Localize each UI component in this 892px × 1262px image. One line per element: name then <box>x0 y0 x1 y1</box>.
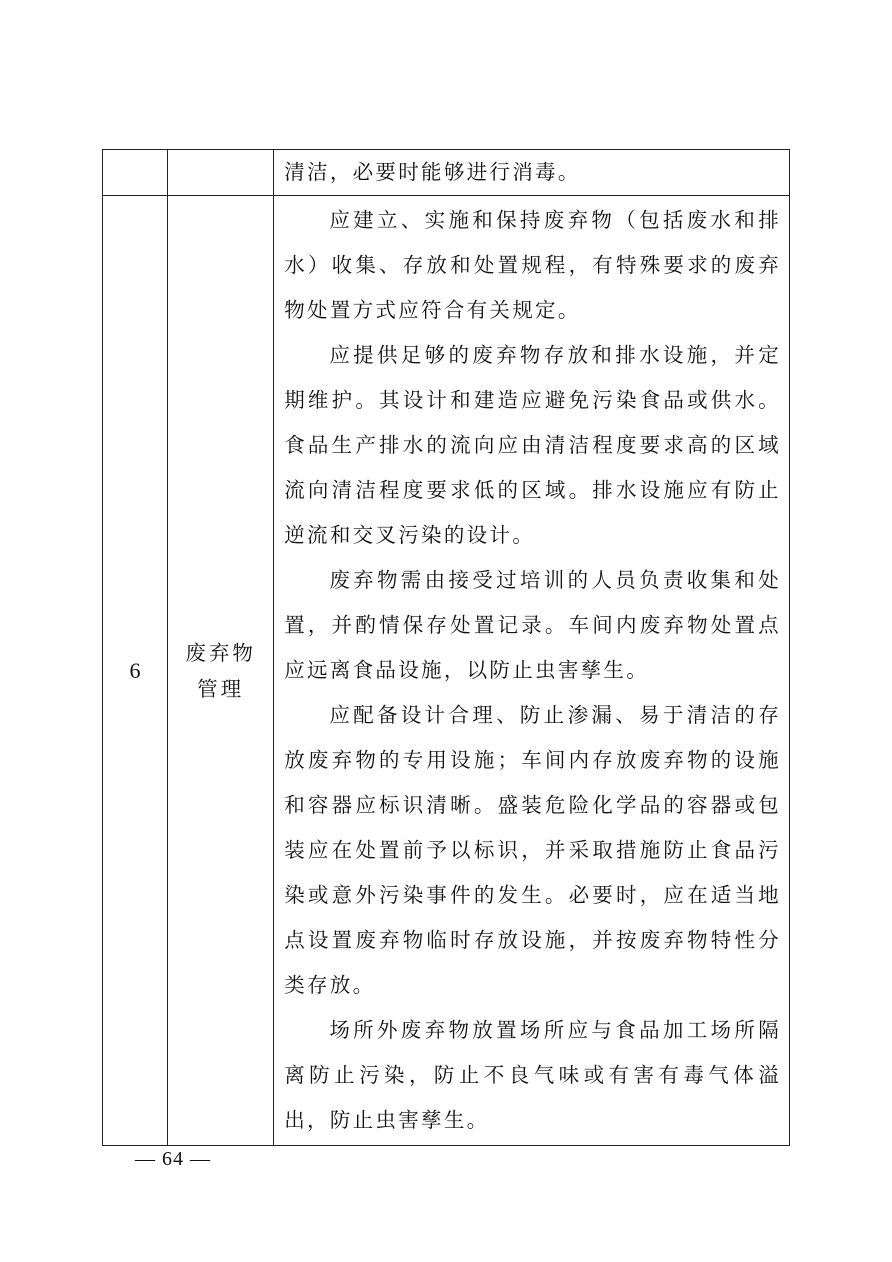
continuation-text: 清洁，必要时能够进行消毒。 <box>274 150 789 195</box>
table-row-6: 6 废弃物 管理 应建立、实施和保持废弃物（包括废水和排水）收集、存放和处置规程… <box>103 196 790 1146</box>
paragraph-5: 场所外废弃物放置场所应与食品加工场所隔离防止污染，防止不良气味或有害有毒气体溢出… <box>284 1008 781 1143</box>
category-cell: 废弃物 管理 <box>168 196 274 1146</box>
paragraph-4: 应配备设计合理、防止渗漏、易于清洁的存放废弃物的专用设施；车间内存放废弃物的设施… <box>284 693 781 1008</box>
content-cell: 清洁，必要时能够进行消毒。 <box>274 150 790 196</box>
category-cell <box>168 150 274 196</box>
table-row-continuation: 清洁，必要时能够进行消毒。 <box>103 150 790 196</box>
content-cell: 应建立、实施和保持废弃物（包括废水和排水）收集、存放和处置规程，有特殊要求的废弃… <box>274 196 790 1146</box>
paragraph-1: 应建立、实施和保持废弃物（包括废水和排水）收集、存放和处置规程，有特殊要求的废弃… <box>284 198 781 333</box>
paragraph-3: 废弃物需由接受过培训的人员负责收集和处置，并酌情保存处置记录。车间内废弃物处置点… <box>284 558 781 693</box>
page-number: — 64 — <box>135 1148 211 1171</box>
paragraph-2: 应提供足够的废弃物存放和排水设施，并定期维护。其设计和建造应避免污染食品或供水。… <box>284 333 781 558</box>
category-line-2: 管理 <box>168 671 273 707</box>
requirements-table: 清洁，必要时能够进行消毒。 6 废弃物 管理 应建立、实施和保持废弃物（包括废水… <box>102 149 790 1146</box>
number-cell <box>103 150 168 196</box>
category-line-1: 废弃物 <box>168 635 273 671</box>
row-number: 6 <box>103 196 168 1146</box>
